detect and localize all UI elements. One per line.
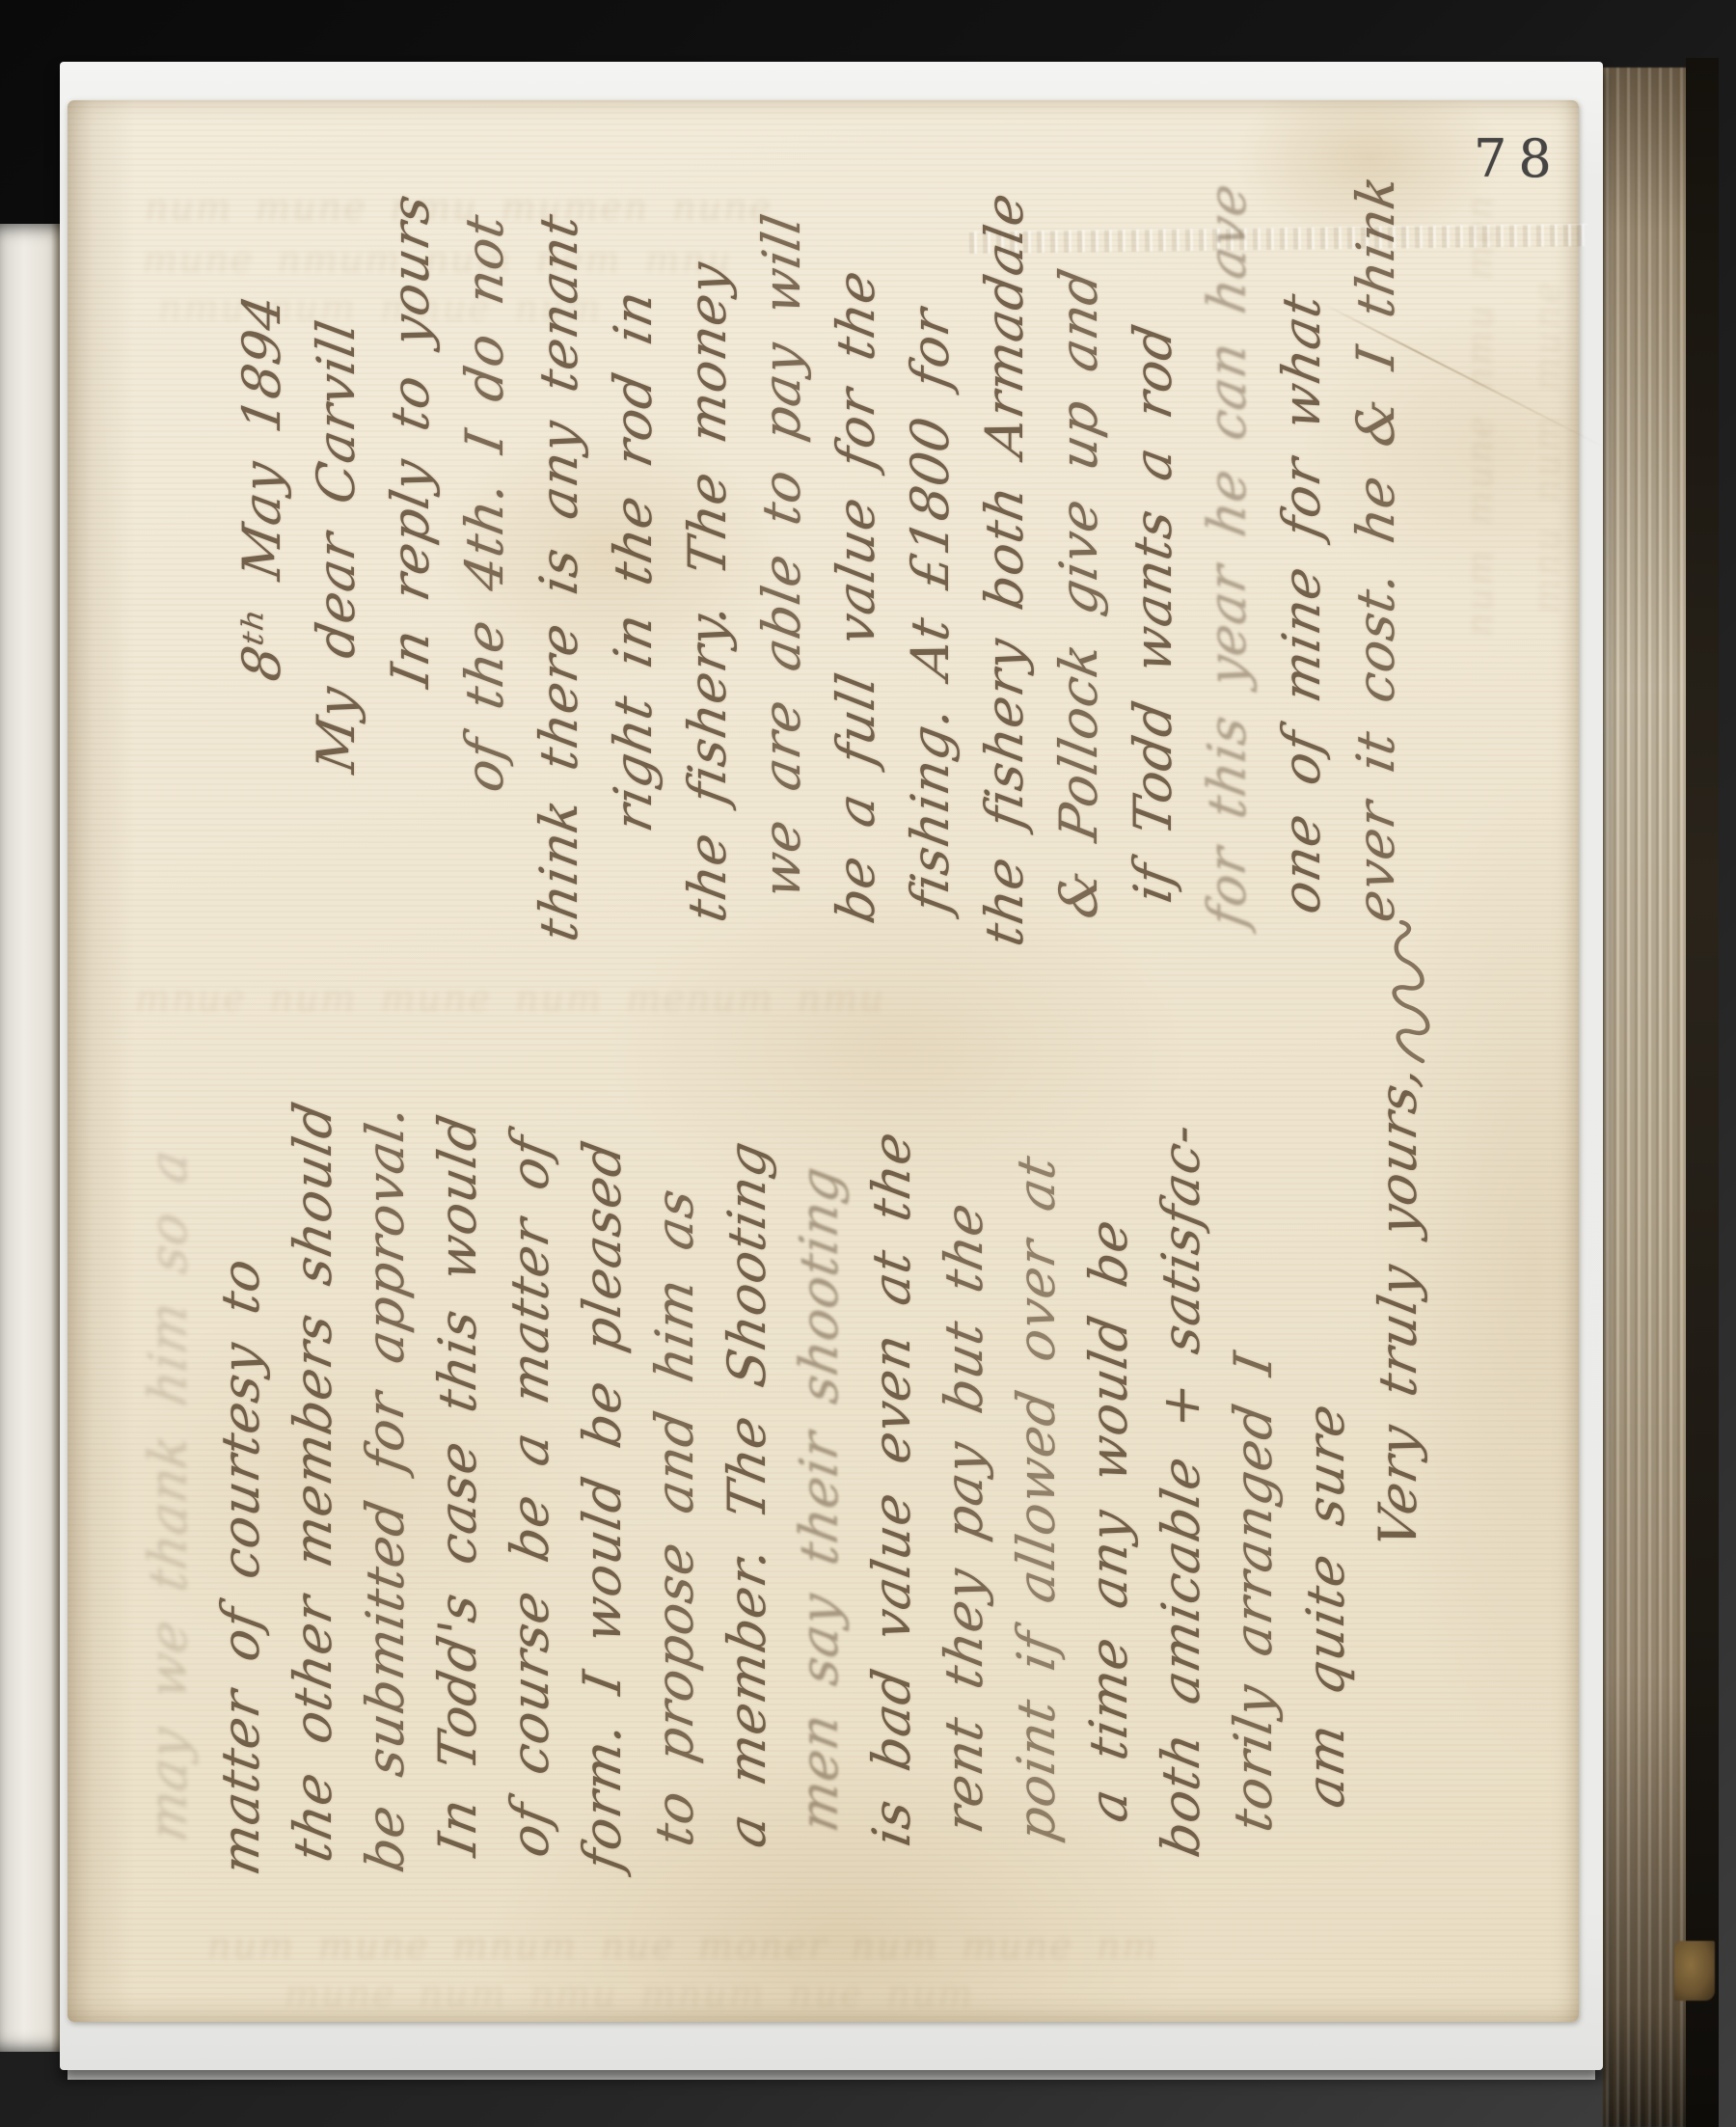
book-fore-edge-pages xyxy=(1603,68,1695,2127)
previous-page-edge xyxy=(0,224,60,2052)
handwriting-text: the fishery. The money xyxy=(682,259,734,926)
handwriting-line: be submitted for approval. xyxy=(360,1050,432,1898)
handwriting-line: ever it cost. he & I think xyxy=(1350,140,1424,979)
handwriting-text: is bad value even at the xyxy=(866,1128,918,1850)
handwriting-line: we are able to pay will xyxy=(756,140,830,979)
handwriting-text: men say their shooting xyxy=(794,1162,846,1836)
handwriting-text: ever it cost. he & I think xyxy=(1350,171,1402,925)
handwriting-line: both amicable + satisfac- xyxy=(1155,1050,1228,1898)
handwriting-text: My dear Carvill xyxy=(311,316,363,777)
handwriting-text: for this year he can have xyxy=(1202,179,1254,931)
handwriting-line: rent they pay but the xyxy=(938,1050,1011,1898)
handwriting-line: one of mine for what xyxy=(1276,140,1350,979)
handwriting-text: right in the rod in xyxy=(608,286,660,836)
ghost-smudge: mune nmum num nem mnu xyxy=(143,241,733,278)
handwriting-line: a time any would be xyxy=(1083,1050,1155,1898)
handwriting-line: & Pollock give up and xyxy=(1053,140,1127,979)
ghost-smudge: mnue num mune num menum nmu xyxy=(135,980,885,1017)
handwriting-line: a member. The Shooting xyxy=(721,1050,794,1898)
handwriting-line: be a full value for the xyxy=(830,140,905,979)
handwriting-line: form. I would be pleased xyxy=(577,1050,649,1898)
handwriting-text: matter of courtesy to xyxy=(215,1254,267,1879)
photo-of-letterbook-page: { "page_number": "78", "colors": { "ink"… xyxy=(0,0,1736,2127)
ghost-smudge: num mune nmu mumen nune xyxy=(145,189,773,226)
handwriting-line: to propose and him as xyxy=(649,1050,721,1898)
book-cover-worn-corner xyxy=(1674,1941,1715,2001)
handwriting-text: be submitted for approval. xyxy=(360,1102,412,1876)
handwriting-line: if Todd wants a rod xyxy=(1127,140,1202,979)
handwriting-text: rent they pay but the xyxy=(938,1198,990,1837)
handwriting-text: Very truly yours, xyxy=(1372,1062,1424,1553)
handwriting-line: point if allowed over at xyxy=(1011,1050,1083,1898)
signature-flourish xyxy=(1384,920,1440,1065)
handwriting-text: the fishery both Armadale xyxy=(979,189,1031,950)
handwriting-text: am quite sure xyxy=(1300,1400,1352,1812)
handwriting-text: form. I would be pleased xyxy=(577,1136,629,1873)
handwriting-line: matter of courtesy to xyxy=(215,1050,287,1898)
ghost-smudge: mnu num mune xyxy=(1529,280,1565,614)
handwriting-text: 8ᵗʰ May 1894 xyxy=(236,290,288,684)
book-cover-spine-edge xyxy=(1686,58,1719,2127)
handwriting-line: Very truly yours, xyxy=(1372,1050,1445,1898)
handwriting-text: point if allowed over at xyxy=(1011,1152,1063,1845)
handwriting-text: the other members should xyxy=(287,1098,339,1866)
ghost-smudge: num mune nmu men xyxy=(1461,194,1498,637)
handwriting-line: men say their shooting xyxy=(794,1050,866,1898)
page-number-stamp: 78 xyxy=(1474,133,1563,185)
handwriting-line: the fishery both Armadale xyxy=(979,140,1053,979)
handwriting-text: both amicable + satisfac- xyxy=(1155,1119,1207,1861)
handwriting-text: of course be a matter of xyxy=(504,1132,556,1862)
handwriting-text: one of mine for what xyxy=(1276,289,1328,917)
ghost-smudge: mune num nmu mnum nue num xyxy=(285,1976,974,2012)
handwriting-text: In Todd's case this would xyxy=(432,1111,484,1860)
handwriting-text: & Pollock give up and xyxy=(1053,264,1105,922)
handwriting-line: is bad value even at the xyxy=(866,1050,938,1898)
handwriting-line: am quite sure xyxy=(1300,1050,1372,1898)
handwriting-line: torily arranged I xyxy=(1228,1050,1300,1898)
handwriting-text: torily arranged I xyxy=(1228,1349,1280,1836)
handwriting-line: of course be a matter of xyxy=(504,1050,577,1898)
handwriting-block-letter-page-two: may we thank him so amatter of courtesy … xyxy=(143,1050,1445,1898)
handwriting-text: we are able to pay will xyxy=(756,210,808,902)
handwriting-text: if Todd wants a rod xyxy=(1127,320,1180,907)
handwriting-line: In Todd's case this would xyxy=(432,1050,504,1898)
handwriting-text: may we thank him so a xyxy=(143,1145,195,1844)
ghost-smudge: num mune mnum nue moner num mune nm xyxy=(207,1927,1158,1964)
handwriting-line: may we thank him so a xyxy=(143,1050,215,1898)
handwriting-text: to propose and him as xyxy=(649,1185,701,1850)
handwriting-line: for this year he can have xyxy=(1202,140,1276,979)
handwriting-line: the other members should xyxy=(287,1050,360,1898)
handwriting-text: fishing. At £1800 for xyxy=(905,304,957,915)
ghost-smudge: nmu num mnue num xyxy=(158,289,603,326)
handwriting-text: be a full value for the xyxy=(830,265,882,927)
handwriting-line: fishing. At £1800 for xyxy=(905,140,979,979)
handwriting-text: a member. The Shooting xyxy=(721,1136,773,1851)
handwriting-text: a time any would be xyxy=(1083,1215,1135,1826)
